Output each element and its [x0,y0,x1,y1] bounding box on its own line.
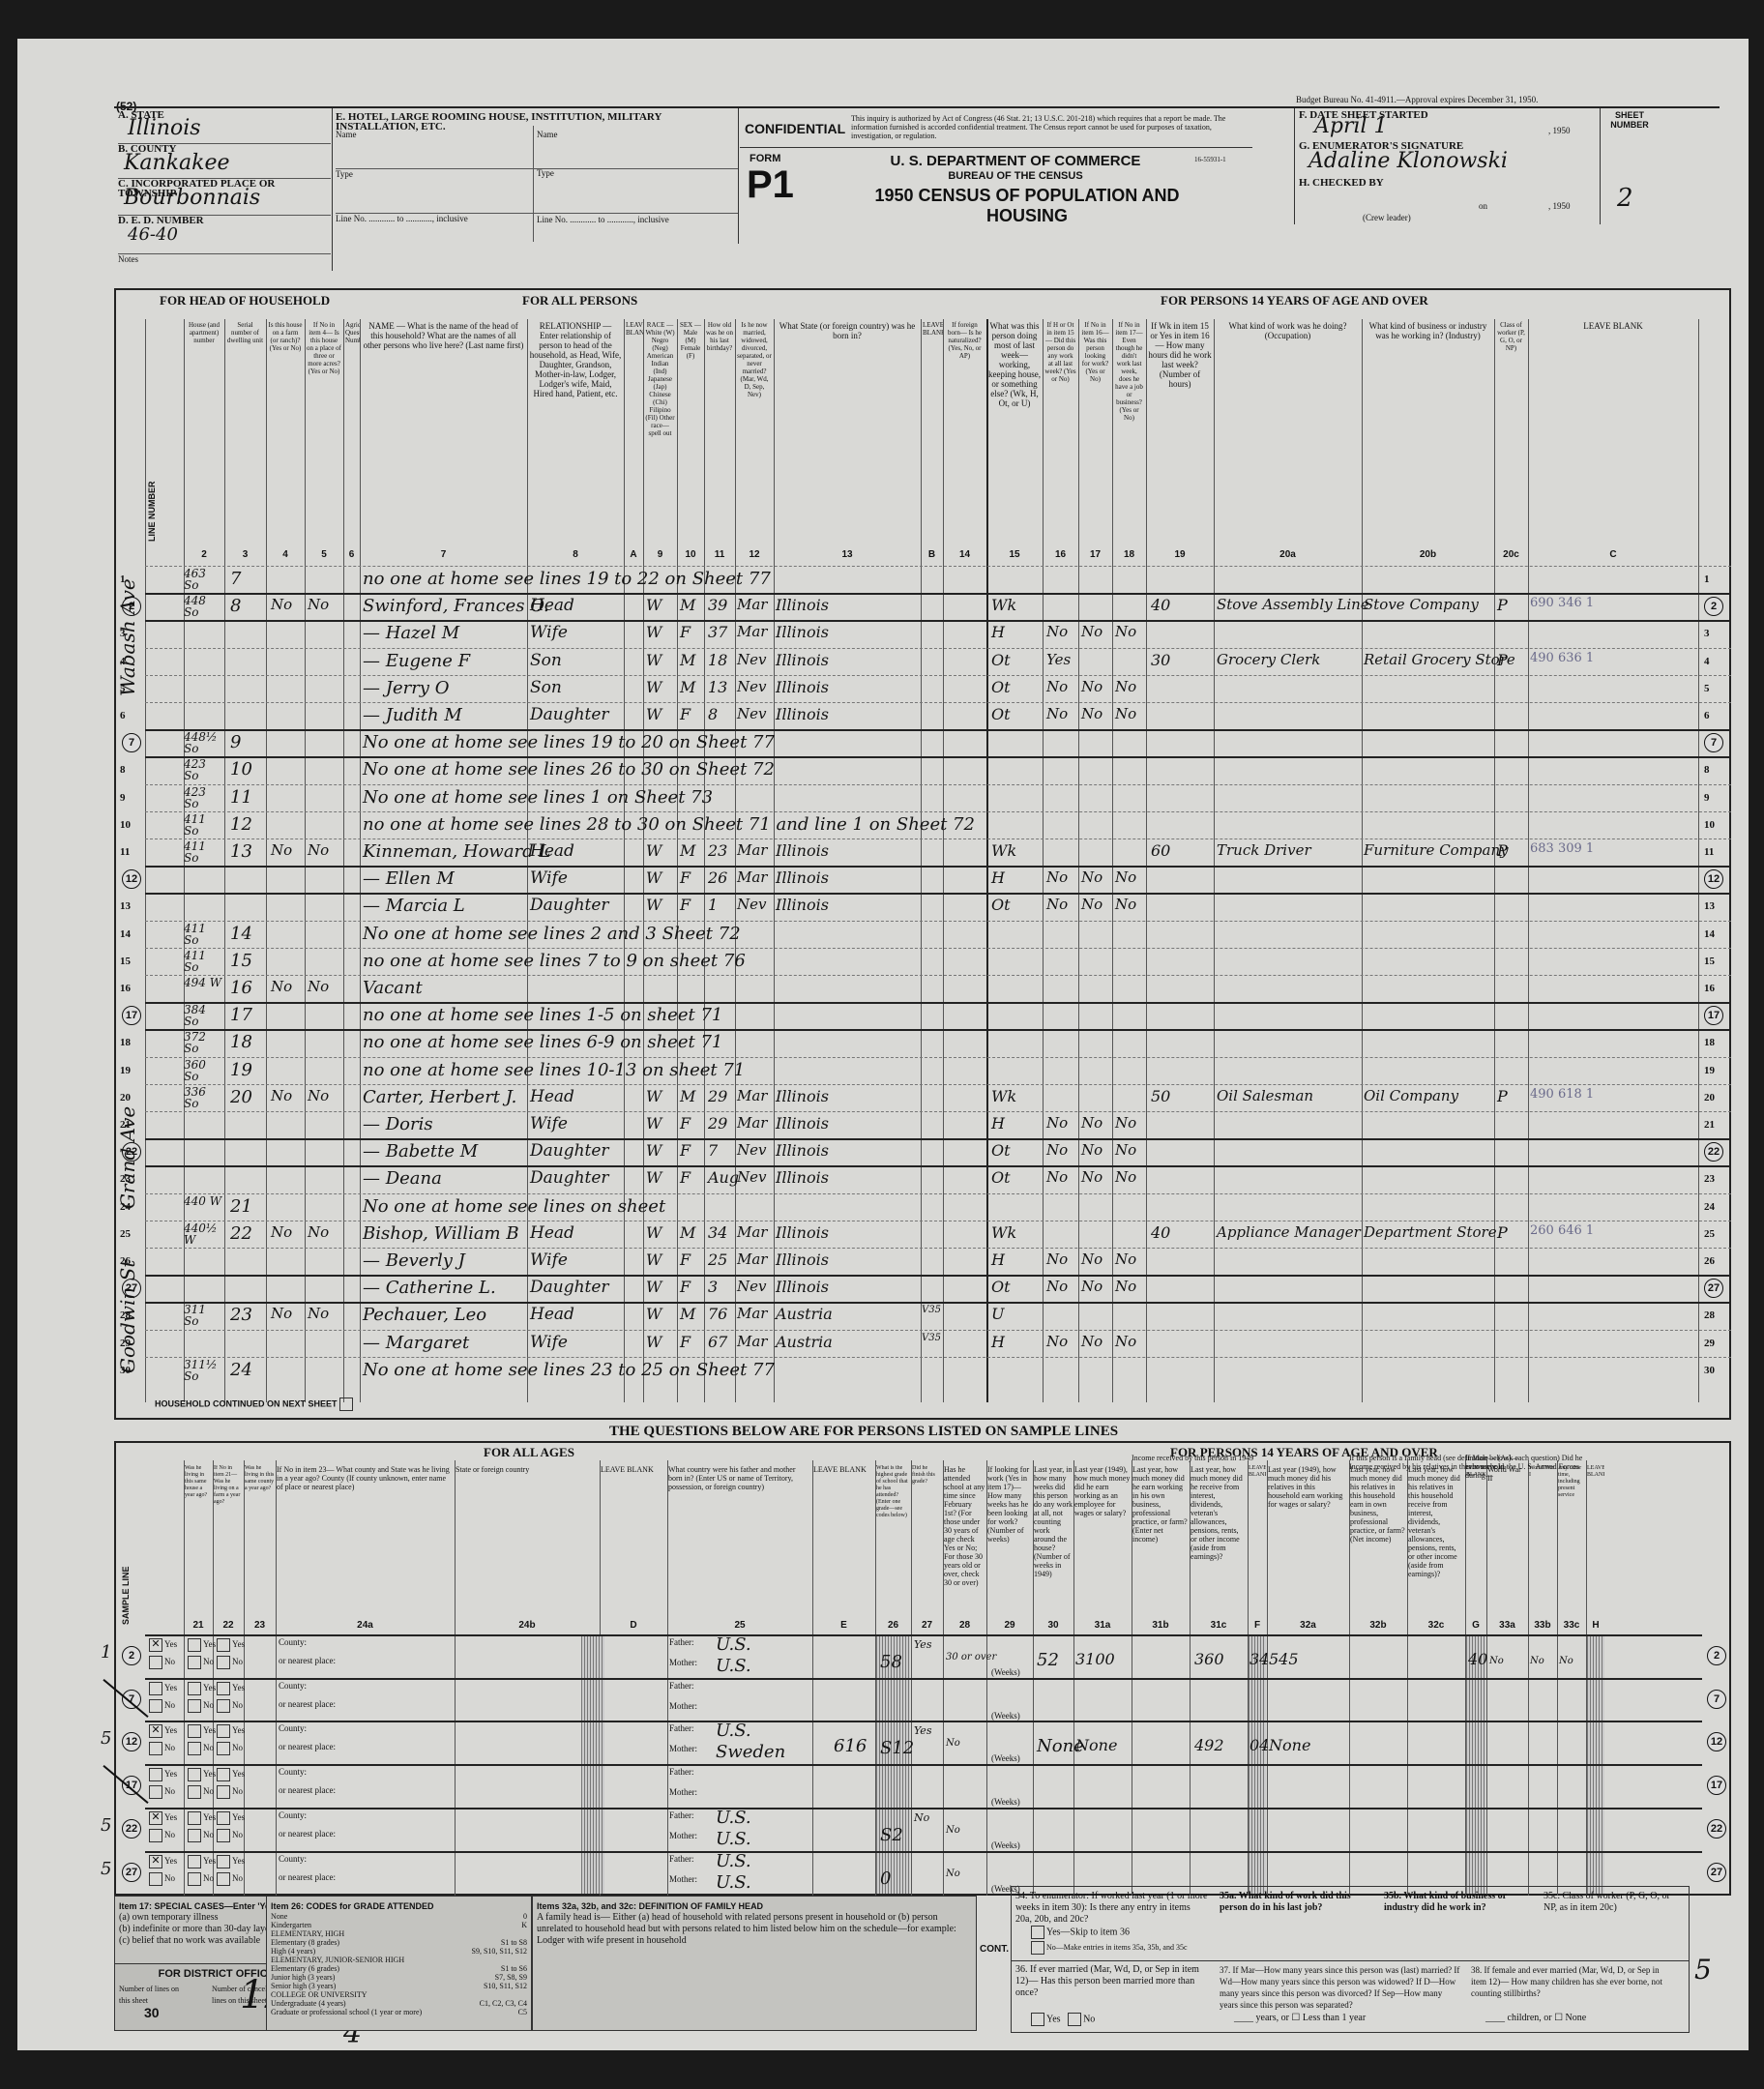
q21-no-checkbox[interactable] [149,1699,162,1713]
q23-no-option[interactable]: No [217,1785,243,1799]
q34-yes[interactable]: Yes—Skip to item 36 [1031,1926,1130,1939]
cell-mar: Mar [737,1087,767,1104]
cell-house: 360 So [184,1059,222,1082]
cell-hours: 30 [1151,651,1170,669]
q23-no-checkbox[interactable] [217,1829,230,1842]
sample-column-header-26: What is the highest grade of school that… [876,1465,910,1615]
cont-label: CONT. [980,1944,1009,1955]
sample-margin-mark: 5 [101,1815,111,1836]
q21-no-option[interactable]: No [149,1699,175,1713]
cell-house: 372 So [184,1031,222,1054]
q21-no-option[interactable]: No [149,1872,175,1886]
q22-no-checkbox[interactable] [188,1742,201,1755]
q22-yes-option[interactable]: Yes [188,1638,216,1652]
line-number: 15 [120,956,131,967]
cell-serial: 23 [230,1305,252,1325]
sample-column-header-24a: If No in item 23— What county and State … [277,1465,454,1615]
cell-sex: M [680,1305,695,1323]
cell-job: No [1115,1250,1136,1268]
column-header-20a: What kind of work was he doing? (Occupat… [1214,319,1362,551]
q23-yes-checkbox[interactable] [217,1768,230,1781]
weeks-unit-label: (Weeks) [991,1797,1020,1807]
on-label: on [1479,201,1487,211]
cell-activity: U [991,1305,1004,1323]
q22-no-checkbox[interactable] [188,1656,201,1669]
cell-activity: Wk [991,1087,1016,1105]
sample-column-number-33c: 33c [1557,1620,1586,1631]
q23-no-option[interactable]: No [217,1742,243,1755]
q23-yes-label: Yes [232,1639,245,1649]
household-continued[interactable]: HOUSEHOLD CONTINUED ON NEXT SHEET [155,1398,355,1411]
q23-no-checkbox[interactable] [217,1656,230,1669]
q21-yes-option[interactable]: Yes [149,1682,177,1695]
cell-name: Pechauer, Leo [363,1305,486,1325]
cell-work: No [1046,1278,1068,1295]
sample-column-number-F: F [1248,1620,1267,1631]
q22-yes-checkbox[interactable] [188,1855,201,1868]
cell-birth: Illinois [776,896,829,914]
q34-text: 34. To enumerator: If worked last year (… [1015,1891,1209,1926]
grade-code-label: ELEMENTARY, HIGH [271,1929,344,1938]
cell-rel: Wife [530,1250,568,1270]
q21-yes-checkbox[interactable]: ✕ [149,1855,162,1868]
q22-no-label: No [203,1700,214,1710]
mother-birthplace: U.S. [716,1872,751,1893]
q22-no-checkbox[interactable] [188,1699,201,1713]
q38-answer[interactable]: ____ children, or ☐ None [1485,2013,1586,2024]
sample-column-header-31a: Last year (1949), how much money did he … [1074,1465,1131,1615]
q22-yes-option[interactable]: Yes [188,1811,216,1825]
q21-yes-checkbox[interactable]: ✕ [149,1811,162,1825]
cell-age: 39 [708,596,727,614]
leave-blank-f: 34 [1249,1650,1269,1668]
cell-house: 411 So [184,950,222,973]
cell-activity: Ot [991,896,1011,914]
cell-work: Yes [1046,651,1071,668]
grade-code-label: Senior high (3 years) [271,1982,336,1990]
sample-column-header-25: What country were his father and mother … [668,1465,811,1615]
q34-no[interactable]: No—Make entries in items 35a, 35b, and 3… [1031,1941,1188,1955]
other-income: 360 [1194,1650,1224,1668]
cell-nat: V35 [922,1333,941,1343]
cell-sex: M [680,1087,695,1105]
q22-no-option[interactable]: No [188,1699,214,1713]
cell-occ: Truck Driver [1217,841,1311,859]
cell-job: No [1115,896,1136,913]
q22-no-checkbox[interactable] [188,1785,201,1799]
cell-race: W [646,623,661,641]
cell-house: 448½ So [184,731,222,754]
ww2-service: No [1489,1656,1504,1666]
mother-label: Mother: [669,1874,697,1884]
column-number-13: 13 [774,549,921,560]
grade-code-label: ELEMENTARY, JUNIOR-SENIOR HIGH [271,1956,404,1964]
grade-code-label: Elementary (6 grades) [271,1964,339,1973]
sample-column-number-32b: 32b [1349,1620,1407,1631]
department: U. S. DEPARTMENT OF COMMERCE [851,153,1180,169]
cell-age: Aug [708,1168,739,1187]
line-number: 13 [120,900,131,912]
cell-mar: Nev [737,651,766,668]
cell-look: No [1081,896,1102,913]
finished-grade: Yes [914,1724,931,1737]
q22-yes-checkbox[interactable] [188,1638,201,1652]
cell-house: 494 W [184,977,222,988]
cell-name: No one at home see lines on sheet [363,1196,665,1217]
q23-yes-option[interactable]: Yes [217,1811,245,1825]
q21-yes-option[interactable]: ✕Yes [149,1855,177,1868]
cell-codes: 490 636 1 [1530,651,1594,665]
cell-codes: 690 346 1 [1530,596,1594,610]
q23-yes-option[interactable]: Yes [217,1682,245,1695]
form-number: P1 [747,164,794,205]
q23-yes-option[interactable]: Yes [217,1724,245,1738]
wages-1949: 3100 [1075,1650,1115,1668]
cell-activity: H [991,1114,1005,1133]
line-number-right: 22 [1704,1142,1723,1162]
cell-birth: Austria [776,1305,833,1323]
form-title: 1950 CENSUS OF POPULATION AND HOUSING [834,186,1220,226]
nearest-place-label: or nearest place: [279,1872,337,1882]
cell-birth: Illinois [776,1278,829,1296]
q22-yes-label: Yes [203,1639,216,1649]
cell-birth: Illinois [776,1250,829,1269]
q21-no-option[interactable]: No [149,1785,175,1799]
cell-work: No [1046,1141,1068,1159]
q-divider [1012,1960,1689,1961]
cell-house: 463 So [184,568,222,591]
q21-yes-label: Yes [164,1639,177,1649]
sample-column-header-23: Was he living in this same county a year… [245,1465,275,1615]
cell-work: No [1046,705,1068,722]
column-header-17: If No in item 16— Was this person lookin… [1078,319,1112,551]
cell-name: — Marcia L [363,896,465,916]
column-number-5: 5 [305,549,343,560]
cell-job: No [1115,623,1136,640]
cell-name: no one at home see lines 1-5 on sheet 71 [363,1005,722,1025]
cell-acres: No [308,841,329,859]
cell-name: no one at home see lines 6-9 on sheet 71 [363,1032,722,1052]
q23-no-checkbox[interactable] [217,1699,230,1713]
grade-code-label: Undergraduate (4 years) [271,1999,346,2008]
column-header-7: NAME — What is the name of the head of t… [360,319,527,551]
cell-age: 29 [708,1114,727,1133]
q21-no-checkbox[interactable] [149,1656,162,1669]
cell-birth: Illinois [776,623,829,641]
cell-rel: Head [530,1305,574,1324]
q23-yes-checkbox[interactable] [217,1811,230,1825]
sample-line-number-right: 27 [1704,1279,1723,1298]
grade-code-row: Junior high (3 years)S7, S8, S9 [271,1973,527,1982]
line-number-right: 17 [1704,1006,1723,1025]
q22-yes-label: Yes [203,1683,216,1692]
cell-house: 448 So [184,595,222,618]
q21-no-label: No [164,1700,175,1710]
cell-birth: Illinois [776,1114,829,1133]
q21-yes-checkbox[interactable]: ✕ [149,1638,162,1652]
sample-column-header-27: Did he finish this grade? [912,1465,942,1615]
cell-acres: No [308,1223,329,1241]
sample-row [145,1678,1702,1723]
q23-yes-checkbox[interactable] [217,1638,230,1652]
sample-column-header-24b: State or foreign country [456,1465,599,1615]
q23-no-option[interactable]: No [217,1829,243,1842]
q22-yes-option[interactable]: Yes [188,1682,216,1695]
cell-rel: Head [530,841,574,861]
column-number-3: 3 [224,549,266,560]
sample-column-number-31b: 31b [1132,1620,1190,1631]
q21-no-checkbox[interactable] [149,1872,162,1886]
line-number: 25 [120,1228,131,1240]
grade-code-row: COLLEGE OR UNIVERSITY [271,1990,527,1999]
grade-code-value: S7, S8, S9 [495,1973,527,1982]
sample-column-header-33a: World War II [1487,1465,1527,1615]
sample-line-number: 7 [122,733,141,752]
cell-work: No [1046,1250,1068,1268]
q21-yes-option[interactable]: Yes [149,1768,177,1781]
cell-serial: 16 [230,978,252,998]
cell-nat: V35 [922,1305,941,1315]
county-field-label: County: [279,1767,307,1777]
grade-code-label: Graduate or professional school (1 year … [271,2008,422,2016]
column-number-18: 18 [1112,549,1146,560]
grade-code-row: Undergraduate (4 years)C1, C2, C3, C4 [271,1999,527,2008]
grade-code-label: Elementary (8 grades) [271,1938,339,1947]
line-number: 9 [120,792,126,804]
cell-look: No [1081,1333,1102,1350]
line-number-right: 13 [1704,900,1715,912]
household-continued-checkbox[interactable] [339,1398,353,1411]
cell-rel: Son [530,651,562,670]
line-number: 17 [122,1006,141,1025]
q23-yes-checkbox[interactable] [217,1855,230,1868]
q22-no-option[interactable]: No [188,1785,214,1799]
q22-yes-checkbox[interactable] [188,1768,201,1781]
father-label: Father: [669,1854,694,1864]
q23-yes-checkbox[interactable] [217,1682,230,1695]
column-header-11: How old was he on his last birthday? [704,319,735,551]
cell-house: 384 So [184,1004,222,1027]
cell-work: No [1046,623,1068,640]
q37-answer[interactable]: ____ years, or ☐ Less than 1 year [1234,2013,1366,2024]
street-annotation-3: Goodwin St [116,1260,139,1373]
q22-no-checkbox[interactable] [188,1872,201,1886]
q21-no-checkbox[interactable] [149,1742,162,1755]
q21-yes-option[interactable]: ✕Yes [149,1638,177,1652]
q22-yes-option[interactable]: Yes [188,1855,216,1868]
ww1-service: No [1530,1656,1544,1666]
line-number-right: 6 [1704,710,1710,721]
q21-no-option[interactable]: No [149,1656,175,1669]
cell-mar: Mar [737,868,767,886]
column-header-3: Serial number of dwelling unit [224,319,266,551]
cell-name: no one at home see lines 10-13 on sheet … [363,1060,745,1080]
q22-no-option[interactable]: No [188,1656,214,1669]
cell-occ: Appliance Manager [1217,1223,1361,1241]
q23-no-checkbox[interactable] [217,1785,230,1799]
q34-yes-checkbox[interactable] [1031,1926,1044,1939]
q22-no-option[interactable]: No [188,1829,214,1842]
q22-yes-checkbox[interactable] [188,1682,201,1695]
q22-yes-option[interactable]: Yes [188,1724,216,1738]
q21-no-checkbox[interactable] [149,1785,162,1799]
family-head-text: A family head is— Either (a) head of hou… [537,1912,972,1947]
q21-yes-option[interactable]: ✕Yes [149,1724,177,1738]
sample-title: THE QUESTIONS BELOW ARE FOR PERSONS LIST… [609,1424,1118,1440]
line-number-right: 20 [1704,1092,1715,1103]
line-number-right: 12 [1704,869,1723,889]
line-number-right: 5 [1704,683,1710,694]
q21-yes-checkbox[interactable] [149,1768,162,1781]
line-number: 20 [120,1092,131,1103]
q23-yes-option[interactable]: Yes [217,1638,245,1652]
cell-occ: Stove Assembly Line [1217,596,1369,613]
cell-job: No [1115,1168,1136,1186]
sample-column-header-21: Was he living in this same house a year … [185,1465,212,1615]
cell-job: No [1115,1333,1136,1350]
q21-yes-option[interactable]: ✕Yes [149,1811,177,1825]
sample-column-header-33b: World War I [1529,1465,1556,1615]
q23-no-option[interactable]: No [217,1699,243,1713]
line-number: 10 [120,819,131,831]
weeks-unit-label: (Weeks) [991,1840,1020,1850]
cell-name: no one at home see lines 28 to 30 on She… [363,814,975,835]
grade-code-value: S1 to S8 [501,1938,527,1947]
father-label: Father: [669,1723,694,1733]
cell-rel: Head [530,1087,574,1106]
q21-no-option[interactable]: No [149,1829,175,1842]
highest-grade: 58 [880,1652,902,1672]
sample-margin-mark: 1 [101,1642,111,1662]
leave-blank-e: 616 [834,1736,867,1756]
q22-yes-checkbox[interactable] [188,1811,201,1825]
finished-grade: No [914,1811,929,1824]
q23-no-option[interactable]: No [217,1872,243,1886]
cell-activity: Wk [991,596,1016,614]
q23-no-label: No [232,1786,243,1796]
q22-no-checkbox[interactable] [188,1829,201,1842]
cell-mar: Mar [737,596,767,613]
sample-column-number-29: 29 [986,1620,1033,1631]
cell-serial: 11 [230,787,252,808]
sample-line-number-right: 17 [1704,1006,1723,1025]
line-number: 12 [122,869,141,889]
cell-occ: Grocery Clerk [1217,651,1320,668]
enumerator-signature: Adaline Klonowski [1308,149,1508,173]
sample-line-circle-right: 2 [1707,1646,1726,1665]
grade-code-row: ELEMENTARY, JUNIOR-SENIOR HIGH [271,1956,527,1964]
cell-age: 34 [708,1223,727,1242]
q34-no-checkbox[interactable] [1031,1941,1044,1955]
column-number-11: 11 [704,549,735,560]
checked-year: , 1950 [1548,201,1571,211]
ed-value: 46-40 [128,224,178,245]
cell-house: 311 So [184,1304,222,1327]
q22-no-option[interactable]: No [188,1872,214,1886]
q21-no-checkbox[interactable] [149,1829,162,1842]
sheet-number-label: SHEET NUMBER [1605,110,1654,130]
mother-label: Mother: [669,1831,697,1840]
q22-yes-option[interactable]: Yes [188,1768,216,1781]
cell-job: No [1115,1278,1136,1295]
q36-answers[interactable]: Yes No [1031,2013,1095,2026]
cell-birth: Austria [776,1333,833,1351]
cell-sex: F [680,1141,691,1160]
nearest-place-label: or nearest place: [279,1785,337,1795]
cell-activity: H [991,623,1005,641]
q36-no-checkbox[interactable] [1068,2013,1081,2026]
cell-hours: 40 [1151,1223,1170,1242]
sample-line-circle-right: 7 [1707,1690,1726,1709]
sample-column-number-D: D [600,1620,667,1631]
q23-no-checkbox[interactable] [217,1742,230,1755]
q22-yes-checkbox[interactable] [188,1724,201,1738]
grade-code-row: KindergartenK [271,1921,527,1929]
q23-no-label: No [232,1657,243,1666]
q37-text: 37. If Mar—How many years since this per… [1220,1964,1461,2011]
q21-yes-checkbox[interactable]: ✕ [149,1724,162,1738]
cell-name: — Doris [363,1114,433,1134]
q36-yes-checkbox[interactable] [1031,2013,1044,2026]
q23-yes-option[interactable]: Yes [217,1855,245,1868]
sample-line-number-right: 7 [1704,733,1723,752]
weeks-unit-label: (Weeks) [991,1753,1020,1763]
grade-code-row: ELEMENTARY, HIGH [271,1929,527,1938]
cell-birth: Illinois [776,868,829,887]
grade-code-label: COLLEGE OR UNIVERSITY [271,1990,367,1999]
q22-no-option[interactable]: No [188,1742,214,1755]
column-header-20c: Class of worker (P, G, O, or NP) [1494,319,1528,551]
sample-column-header-28: Has he attended school at any time since… [944,1465,985,1615]
institution-name-label-1: Name [336,130,357,139]
q23-no-option[interactable]: No [217,1656,243,1669]
cell-rel: Daughter [530,1168,609,1188]
school-attendance: No [946,1868,960,1879]
cell-house: 411 So [184,923,222,946]
cell-farm: No [271,1223,292,1241]
cell-mar: Mar [737,1114,767,1132]
other-income: 492 [1194,1736,1224,1754]
cell-serial: 9 [230,732,241,752]
cell-house: 411 So [184,840,222,864]
mother-label: Mother: [669,1744,697,1753]
cell-age: 25 [708,1250,727,1269]
sample-line-number-right: 12 [1704,869,1723,889]
q23-yes-checkbox[interactable] [217,1724,230,1738]
q22-no-label: No [203,1873,214,1883]
cell-age: 76 [708,1305,727,1323]
cell-birth: Illinois [776,1087,829,1105]
cell-race: W [646,1333,661,1351]
county-field-label: County: [279,1637,307,1647]
sample-column-header-F: LEAVE BLANK [1249,1465,1266,1615]
q21-no-option[interactable]: No [149,1742,175,1755]
mother-label: Mother: [669,1701,697,1711]
cell-job: No [1115,868,1136,886]
cell-birth: Illinois [776,705,829,723]
sample-column-header-31b: Last year, how much money did he earn wo… [1132,1465,1189,1615]
q23-no-checkbox[interactable] [217,1872,230,1886]
sample-column-header-30: Last year, in how many weeks did this pe… [1034,1465,1073,1615]
cell-activity: H [991,1250,1005,1269]
q21-yes-checkbox[interactable] [149,1682,162,1695]
cell-birth: Illinois [776,596,829,614]
sample-line-number: 12 [122,869,141,889]
sample-line-number-right: 2 [1704,597,1723,616]
q23-yes-option[interactable]: Yes [217,1768,245,1781]
q35a-text: 35a. What kind of work did this person d… [1220,1891,1365,1914]
cell-name: — Babette M [363,1141,478,1162]
